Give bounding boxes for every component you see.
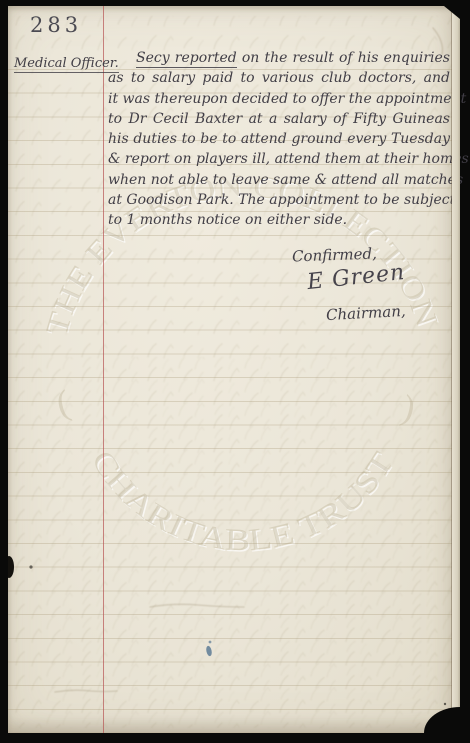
page-edge-strip [452,6,460,733]
minute-line: his duties to be to attend ground every … [108,129,450,149]
minute-text: on the result of his enquiries [242,50,450,66]
page-corner-shadow [444,6,460,19]
ledger-page: THE EVERTON COLLECTION CHARITABLE TRUST … [8,6,460,733]
minute-line: as to salary paid to various club doctor… [108,68,450,88]
page-number: 283 [30,13,82,37]
underlined-text: Secy reported [136,50,237,68]
minute-line: Secy reported on the result of his enqui… [108,48,450,68]
minute-line: it was thereupon decided to offer the ap… [108,89,450,109]
margin-heading: Medical Officer. [14,56,119,73]
confirmed-note: Confirmed, [292,245,377,266]
minute-line: at Goodison Park. The appointment to be … [108,190,450,210]
minute-line: to Dr Cecil Baxter at a salary of Fifty … [108,109,450,129]
minute-line: to 1 months notice on either side. [108,210,450,230]
minute-line: & report on players ill, attend them at … [108,149,450,169]
minute-body: Secy reported on the result of his enqui… [108,48,450,231]
scanned-minute-book-photo: THE EVERTON COLLECTION CHARITABLE TRUST … [0,0,470,743]
minute-line: when not able to leave same & attend all… [108,170,450,190]
